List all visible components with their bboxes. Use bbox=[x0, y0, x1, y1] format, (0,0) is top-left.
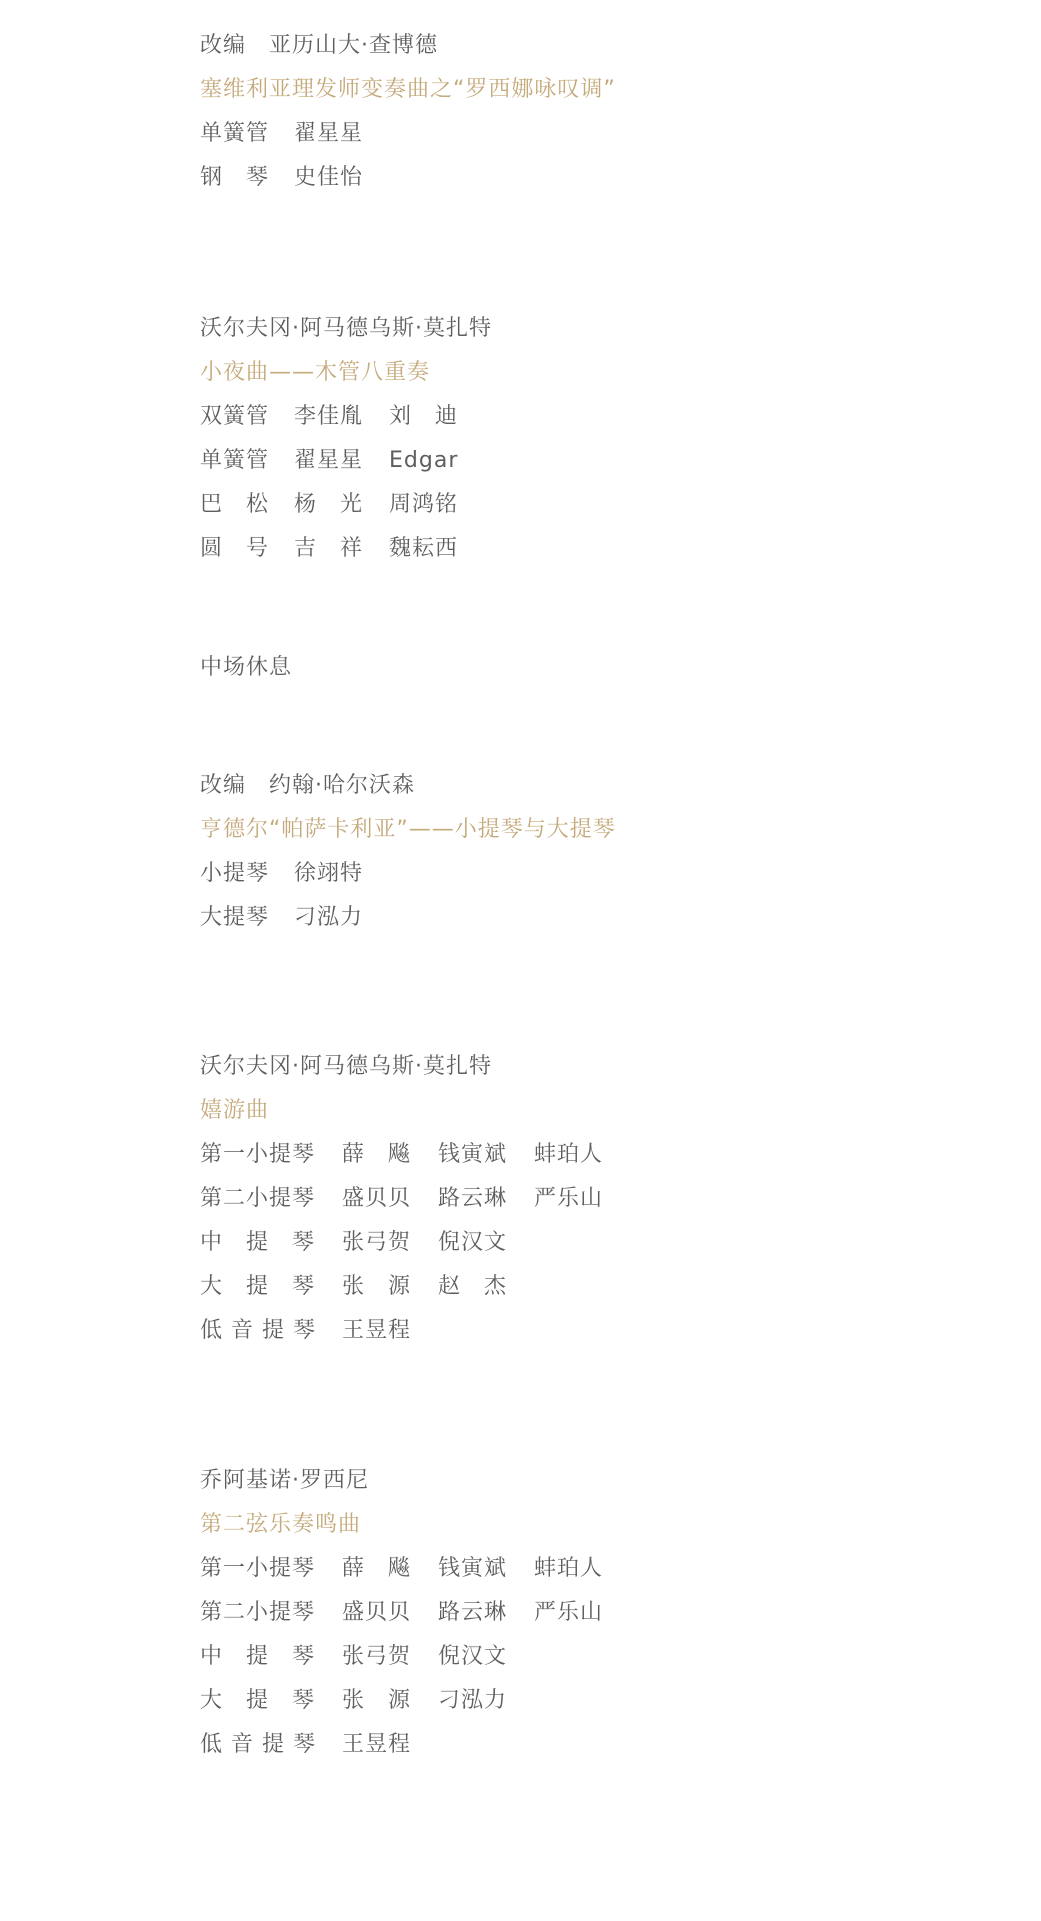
performer-name: 张弓贺 bbox=[342, 1635, 438, 1679]
instrument-label: 巴 松 bbox=[200, 483, 294, 527]
performer-name: Edgar bbox=[389, 439, 458, 483]
performer-name: 张 源 bbox=[342, 1679, 438, 1723]
performer-name: 薛 飚 bbox=[342, 1547, 438, 1591]
performer-name: 路云琳 bbox=[438, 1591, 534, 1635]
piece-title: 塞维利亚理发师变奏曲之“罗西娜咏叹调” bbox=[200, 68, 960, 112]
performer-name: 刁泓力 bbox=[438, 1679, 534, 1723]
instrument-label: 第二小提琴 bbox=[200, 1591, 342, 1635]
performer-name: 盛贝贝 bbox=[342, 1591, 438, 1635]
intermission-section: 中场休息 bbox=[200, 646, 960, 690]
performer-name: 李佳胤 bbox=[294, 395, 363, 439]
performer-name: 严乐山 bbox=[534, 1177, 630, 1221]
instrument-label: 第一小提琴 bbox=[200, 1133, 342, 1177]
composer-credit: 沃尔夫冈·阿马德乌斯·莫扎特 bbox=[200, 307, 960, 351]
performer-row: 单簧管 翟星星 Edgar bbox=[200, 439, 960, 483]
performer-name: 薛 飚 bbox=[342, 1133, 438, 1177]
piece-title: 亨德尔“帕萨卡利亚”——小提琴与大提琴 bbox=[200, 808, 960, 852]
performer-row: 小提琴 徐翊特 bbox=[200, 852, 960, 896]
program-section-2: 沃尔夫冈·阿马德乌斯·莫扎特 小夜曲——木管八重奏 双簧管 李佳胤 刘 迪 单簧… bbox=[200, 307, 960, 571]
instrument-label: 大 提 琴 bbox=[200, 1265, 342, 1309]
performer-name: 张弓贺 bbox=[342, 1221, 438, 1265]
performer-name: 钱寅斌 bbox=[438, 1547, 534, 1591]
performer-name: 翟星星 bbox=[294, 112, 363, 156]
performer-name: 严乐山 bbox=[534, 1591, 630, 1635]
composer-credit: 改编 亚历山大·查博德 bbox=[200, 24, 960, 68]
program-section-1: 改编 亚历山大·查博德 塞维利亚理发师变奏曲之“罗西娜咏叹调” 单簧管 翟星星 … bbox=[200, 24, 960, 200]
performer-name: 王昱程 bbox=[342, 1309, 438, 1353]
performer-name: 史佳怡 bbox=[294, 156, 363, 200]
performer-name: 刘 迪 bbox=[389, 395, 458, 439]
performer-name: 盛贝贝 bbox=[342, 1177, 438, 1221]
instrument-label: 大 提 琴 bbox=[200, 1679, 342, 1723]
program-section-4: 沃尔夫冈·阿马德乌斯·莫扎特 嬉游曲 第一小提琴 薛 飚 钱寅斌 蚌珀人 第二小… bbox=[200, 1045, 960, 1353]
instrument-label: 中 提 琴 bbox=[200, 1635, 342, 1679]
performer-name: 吉 祥 bbox=[294, 527, 363, 571]
performer-row: 第一小提琴 薛 飚 钱寅斌 蚌珀人 bbox=[200, 1547, 960, 1591]
performer-row: 圆 号 吉 祥 魏耘西 bbox=[200, 527, 960, 571]
performer-name: 倪汉文 bbox=[438, 1635, 534, 1679]
piece-title: 小夜曲——木管八重奏 bbox=[200, 351, 960, 395]
instrument-label: 圆 号 bbox=[200, 527, 294, 571]
performer-row: 单簧管 翟星星 bbox=[200, 112, 960, 156]
piece-title: 第二弦乐奏鸣曲 bbox=[200, 1503, 960, 1547]
performer-name: 路云琳 bbox=[438, 1177, 534, 1221]
performer-name: 徐翊特 bbox=[294, 852, 363, 896]
intermission-label: 中场休息 bbox=[200, 646, 960, 690]
instrument-label: 中 提 琴 bbox=[200, 1221, 342, 1265]
instrument-label: 双簧管 bbox=[200, 395, 294, 439]
piece-title: 嬉游曲 bbox=[200, 1089, 960, 1133]
performer-name: 周鸿铭 bbox=[389, 483, 458, 527]
performer-row: 巴 松 杨 光 周鸿铭 bbox=[200, 483, 960, 527]
composer-credit: 改编 约翰·哈尔沃森 bbox=[200, 764, 960, 808]
performer-name: 钱寅斌 bbox=[438, 1133, 534, 1177]
composer-credit: 乔阿基诺·罗西尼 bbox=[200, 1459, 960, 1503]
instrument-label: 大提琴 bbox=[200, 896, 294, 940]
performer-row: 大 提 琴 张 源 刁泓力 bbox=[200, 1679, 960, 1723]
instrument-label: 小提琴 bbox=[200, 852, 294, 896]
instrument-label: 低 音 提 琴 bbox=[200, 1309, 342, 1353]
performer-row: 低 音 提 琴 王昱程 bbox=[200, 1723, 960, 1767]
performer-name: 蚌珀人 bbox=[534, 1133, 630, 1177]
program-section-3: 改编 约翰·哈尔沃森 亨德尔“帕萨卡利亚”——小提琴与大提琴 小提琴 徐翊特 大… bbox=[200, 764, 960, 940]
performer-row: 双簧管 李佳胤 刘 迪 bbox=[200, 395, 960, 439]
performer-row: 钢 琴 史佳怡 bbox=[200, 156, 960, 200]
performer-row: 大提琴 刁泓力 bbox=[200, 896, 960, 940]
instrument-label: 第二小提琴 bbox=[200, 1177, 342, 1221]
performer-name: 赵 杰 bbox=[438, 1265, 534, 1309]
instrument-label: 第一小提琴 bbox=[200, 1547, 342, 1591]
performer-row: 中 提 琴 张弓贺 倪汉文 bbox=[200, 1221, 960, 1265]
performer-row: 大 提 琴 张 源 赵 杰 bbox=[200, 1265, 960, 1309]
performer-name: 魏耘西 bbox=[389, 527, 458, 571]
performer-name: 翟星星 bbox=[294, 439, 363, 483]
instrument-label: 单簧管 bbox=[200, 112, 294, 156]
performer-name: 倪汉文 bbox=[438, 1221, 534, 1265]
program-section-5: 乔阿基诺·罗西尼 第二弦乐奏鸣曲 第一小提琴 薛 飚 钱寅斌 蚌珀人 第二小提琴… bbox=[200, 1459, 960, 1767]
performer-row: 低 音 提 琴 王昱程 bbox=[200, 1309, 960, 1353]
instrument-label: 单簧管 bbox=[200, 439, 294, 483]
performer-row: 中 提 琴 张弓贺 倪汉文 bbox=[200, 1635, 960, 1679]
performer-row: 第二小提琴 盛贝贝 路云琳 严乐山 bbox=[200, 1591, 960, 1635]
instrument-label: 钢 琴 bbox=[200, 156, 294, 200]
performer-name: 张 源 bbox=[342, 1265, 438, 1309]
composer-credit: 沃尔夫冈·阿马德乌斯·莫扎特 bbox=[200, 1045, 960, 1089]
performer-name: 杨 光 bbox=[294, 483, 363, 527]
instrument-label: 低 音 提 琴 bbox=[200, 1723, 342, 1767]
performer-row: 第二小提琴 盛贝贝 路云琳 严乐山 bbox=[200, 1177, 960, 1221]
performer-name: 王昱程 bbox=[342, 1723, 438, 1767]
performer-name: 蚌珀人 bbox=[534, 1547, 630, 1591]
performer-row: 第一小提琴 薛 飚 钱寅斌 蚌珀人 bbox=[200, 1133, 960, 1177]
performer-name: 刁泓力 bbox=[294, 896, 363, 940]
